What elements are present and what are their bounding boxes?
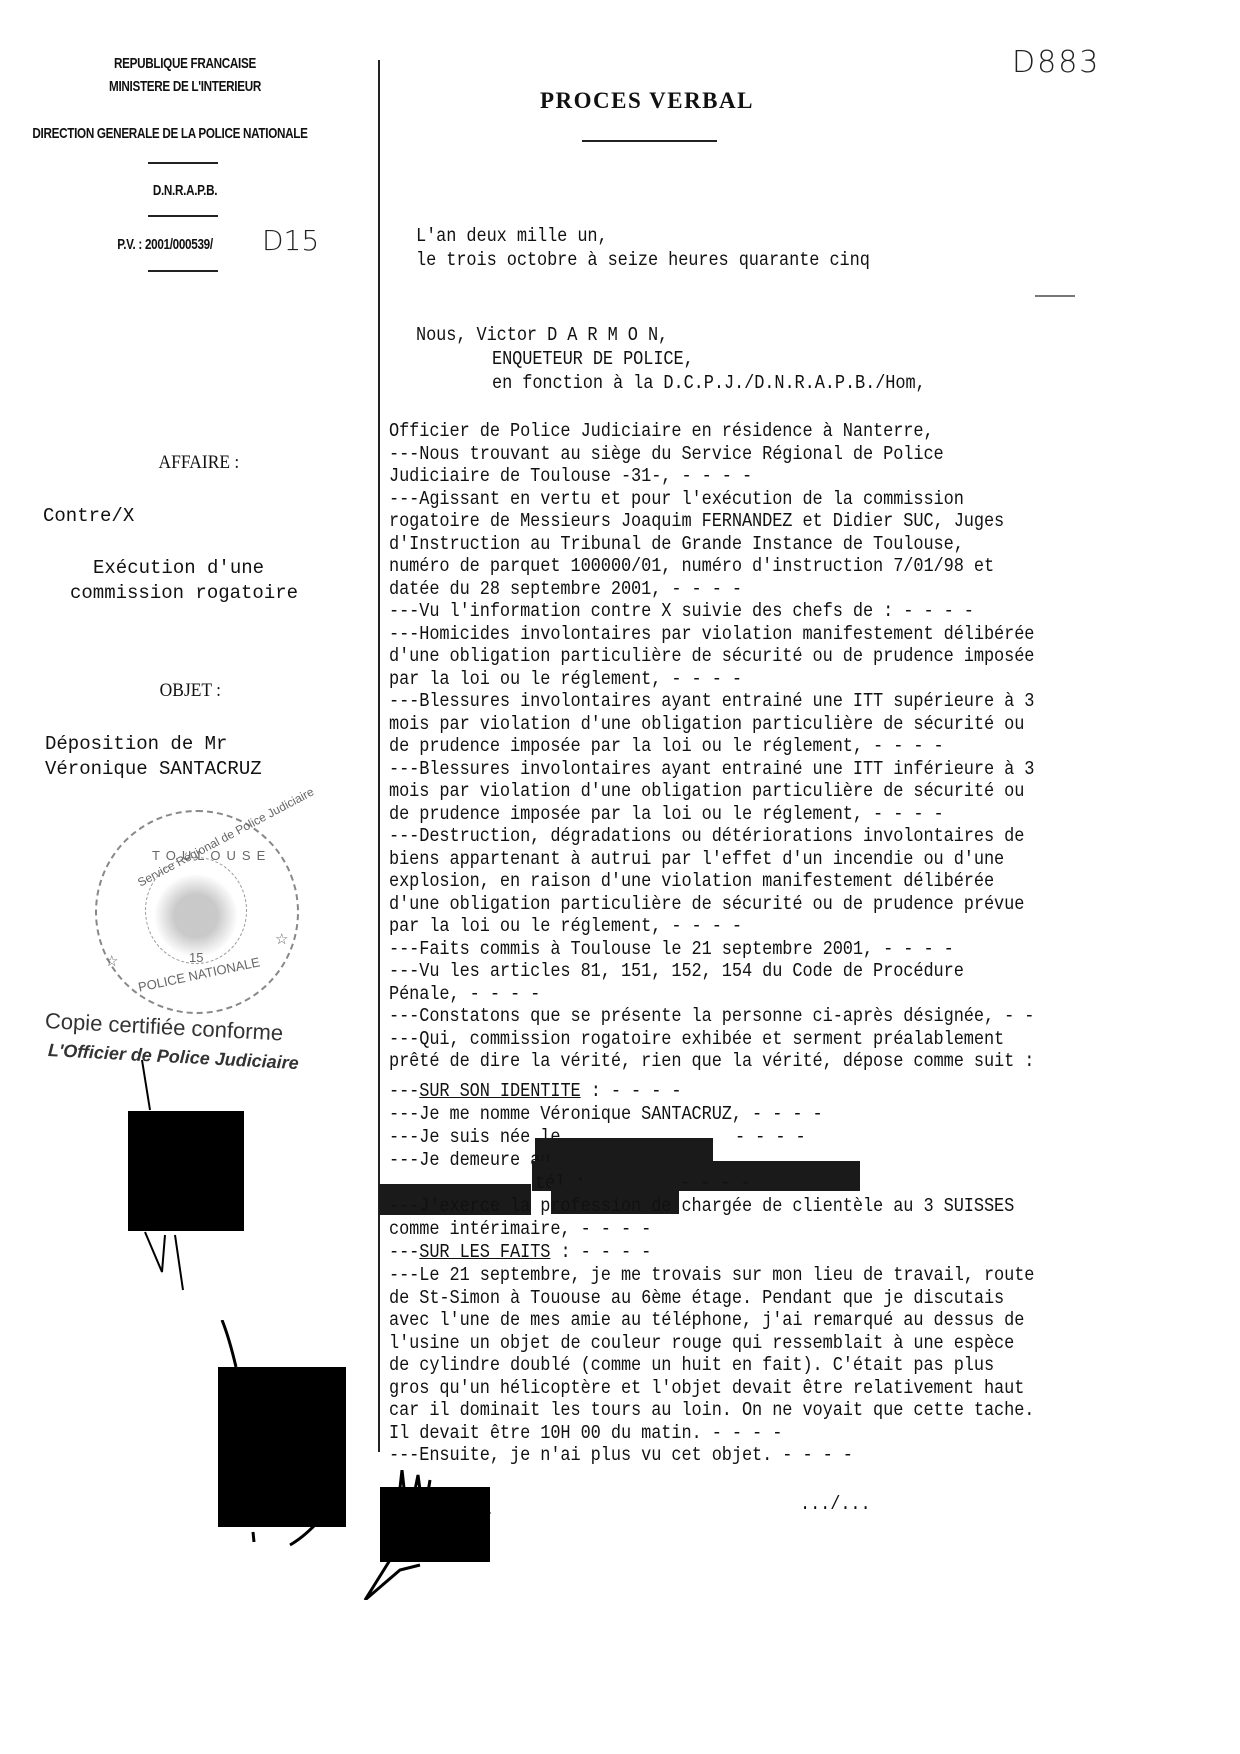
body-line: ---Blessures involontaires ayant entrain… [389,690,1034,713]
document-title: PROCES VERBAL [540,88,754,114]
page-number-handwritten: D883 [1012,45,1100,80]
body-line: prêté de dire la vérité, rien que la vér… [389,1050,1034,1073]
redacted-birth-date [535,1138,713,1161]
facts-heading-label: SUR LES FAITS [419,1241,550,1263]
identity-name: ---Je me nomme Véronique SANTACRUZ, - - … [389,1103,823,1126]
signature-stroke-icon [210,1320,360,1570]
body-line: d'Instruction au Tribunal de Grande Inst… [389,533,964,556]
identity-profession: comme intérimaire, - - - - [389,1218,651,1241]
birth-dashes: - - - - [735,1126,806,1149]
body-line: d'une obligation particulière de sécurit… [389,893,1024,916]
signature-stroke-icon [120,1060,260,1320]
body-line: car il dominait les tours au loin. On ne… [389,1399,1034,1422]
header-rule [148,215,218,217]
body-line: ---Vu l'information contre X suivie des … [389,600,974,623]
officer-line: ENQUETEUR DE POLICE, [492,348,694,371]
republic-header: REPUBLIQUE FRANCAISE [88,55,283,72]
body-line: mois par violation d'une obligation part… [389,780,1024,803]
ministry-header: MINISTERE DE L'INTERIEUR [72,78,298,95]
identity-heading-label: SUR SON IDENTITE [419,1080,580,1102]
body-line: Il devait être 10H 00 du matin. - - - - [389,1422,782,1445]
body-line: d'une obligation particulière de sécurit… [389,645,1034,668]
date-line: L'an deux mille un, [416,225,608,248]
body-line: de cylindre doublé (comme un huit en fai… [389,1354,994,1377]
signature-stroke-icon [360,1470,510,1600]
column-divider [378,60,380,1452]
body-line: ---Vu les articles 81, 151, 152, 154 du … [389,960,964,983]
body-line: ---Agissant en vertu et pour l'exécution… [389,488,964,511]
pv-handwritten-annotation: D15 [262,224,319,257]
star-icon: ☆ [105,952,118,970]
official-stamp: Service Régional de Police Judiciaire TO… [95,810,299,1014]
body-line: avec l'une de mes amie au téléphone, j'a… [389,1309,1024,1332]
objet-label: OBJET : [160,680,221,702]
date-line: le trois octobre à seize heures quarante… [416,249,870,272]
body-line: ---Le 21 septembre, je me trovais sur mo… [389,1264,1034,1287]
objet-line: Véronique SANTACRUZ [45,758,262,780]
body-line: numéro de parquet 100000/01, numéro d'in… [389,555,994,578]
body-line: mois par violation d'une obligation part… [389,713,1024,736]
body-line: ---Nous trouvant au siège du Service Rég… [389,443,944,466]
continuation-mark: .../... [800,1493,871,1516]
service-code: D.N.R.A.P.B. [103,182,267,199]
officer-line: Nous, Victor D A R M O N, [416,324,668,347]
body-line: rogatoire de Messieurs Joaquim FERNANDEZ… [389,510,1004,533]
officer-line: en fonction à la D.C.P.J./D.N.R.A.P.B./H… [492,372,926,395]
body-line: l'usine un objet de couleur rouge qui re… [389,1332,1014,1355]
body-line: Judiciaire de Toulouse -31-, - - - - [389,465,752,488]
body-line: datée du 28 septembre 2001, - - - - [389,578,742,601]
header-rule [148,162,218,164]
body-line: de prudence imposée par la loi ou le rég… [389,803,944,826]
facts-heading: ---SUR LES FAITS : - - - - [389,1241,651,1264]
affaire-line: Contre/X [43,505,134,527]
affaire-label: AFFAIRE : [159,452,240,474]
objet-line: Déposition de Mr [45,733,227,755]
pv-number: P.V. : 2001/000539/ [83,236,247,253]
scan-mark [1035,295,1075,297]
header-rule [148,270,218,272]
star-icon: ☆ [275,930,288,948]
title-underline [582,140,717,142]
direction-header: DIRECTION GENERALE DE LA POLICE NATIONAL… [22,125,318,142]
body-line: de prudence imposée par la loi ou le rég… [389,735,944,758]
body-line: Officier de Police Judiciaire en résiden… [389,420,934,443]
body-line: de St-Simon à Tououse au 6ème étage. Pen… [389,1287,1004,1310]
body-line: biens appartenant à autrui par l'effet d… [389,848,1004,871]
tel-dashes: - - - - [680,1172,751,1195]
body-line: ---Qui, commission rogatoire exhibée et … [389,1028,1004,1051]
body-line: ---Faits commis à Toulouse le 21 septemb… [389,938,954,961]
body-line: par la loi ou le réglement, - - - - [389,915,742,938]
body-line: gros qu'un hélicoptère et l'objet devait… [389,1377,1024,1400]
identity-heading: ---SUR SON IDENTITE : - - - - [389,1080,681,1103]
body-line: ---Homicides involontaires par violation… [389,623,1034,646]
stamp-city: TOULOUSE [152,848,271,863]
body-line: ---Destruction, dégradations ou détérior… [389,825,1024,848]
affaire-line: commission rogatoire [70,582,298,604]
identity-address: ---Je demeure au [389,1149,550,1172]
body-line: ---Constatons que se présente la personn… [389,1005,1034,1028]
body-line: explosion, en raison d'une violation man… [389,870,994,893]
body-line: ---Ensuite, je n'ai plus vu cet objet. -… [389,1444,853,1467]
identity-profession: ---J'exerce la profession de chargée de … [389,1195,1014,1218]
stamp-code: 15 [189,950,203,965]
body-line: ---Blessures involontaires ayant entrain… [389,758,1034,781]
body-line: par la loi ou le réglement, - - - - [389,668,742,691]
body-line: Pénale, - - - - [389,983,540,1006]
affaire-line: Exécution d'une [93,557,264,579]
